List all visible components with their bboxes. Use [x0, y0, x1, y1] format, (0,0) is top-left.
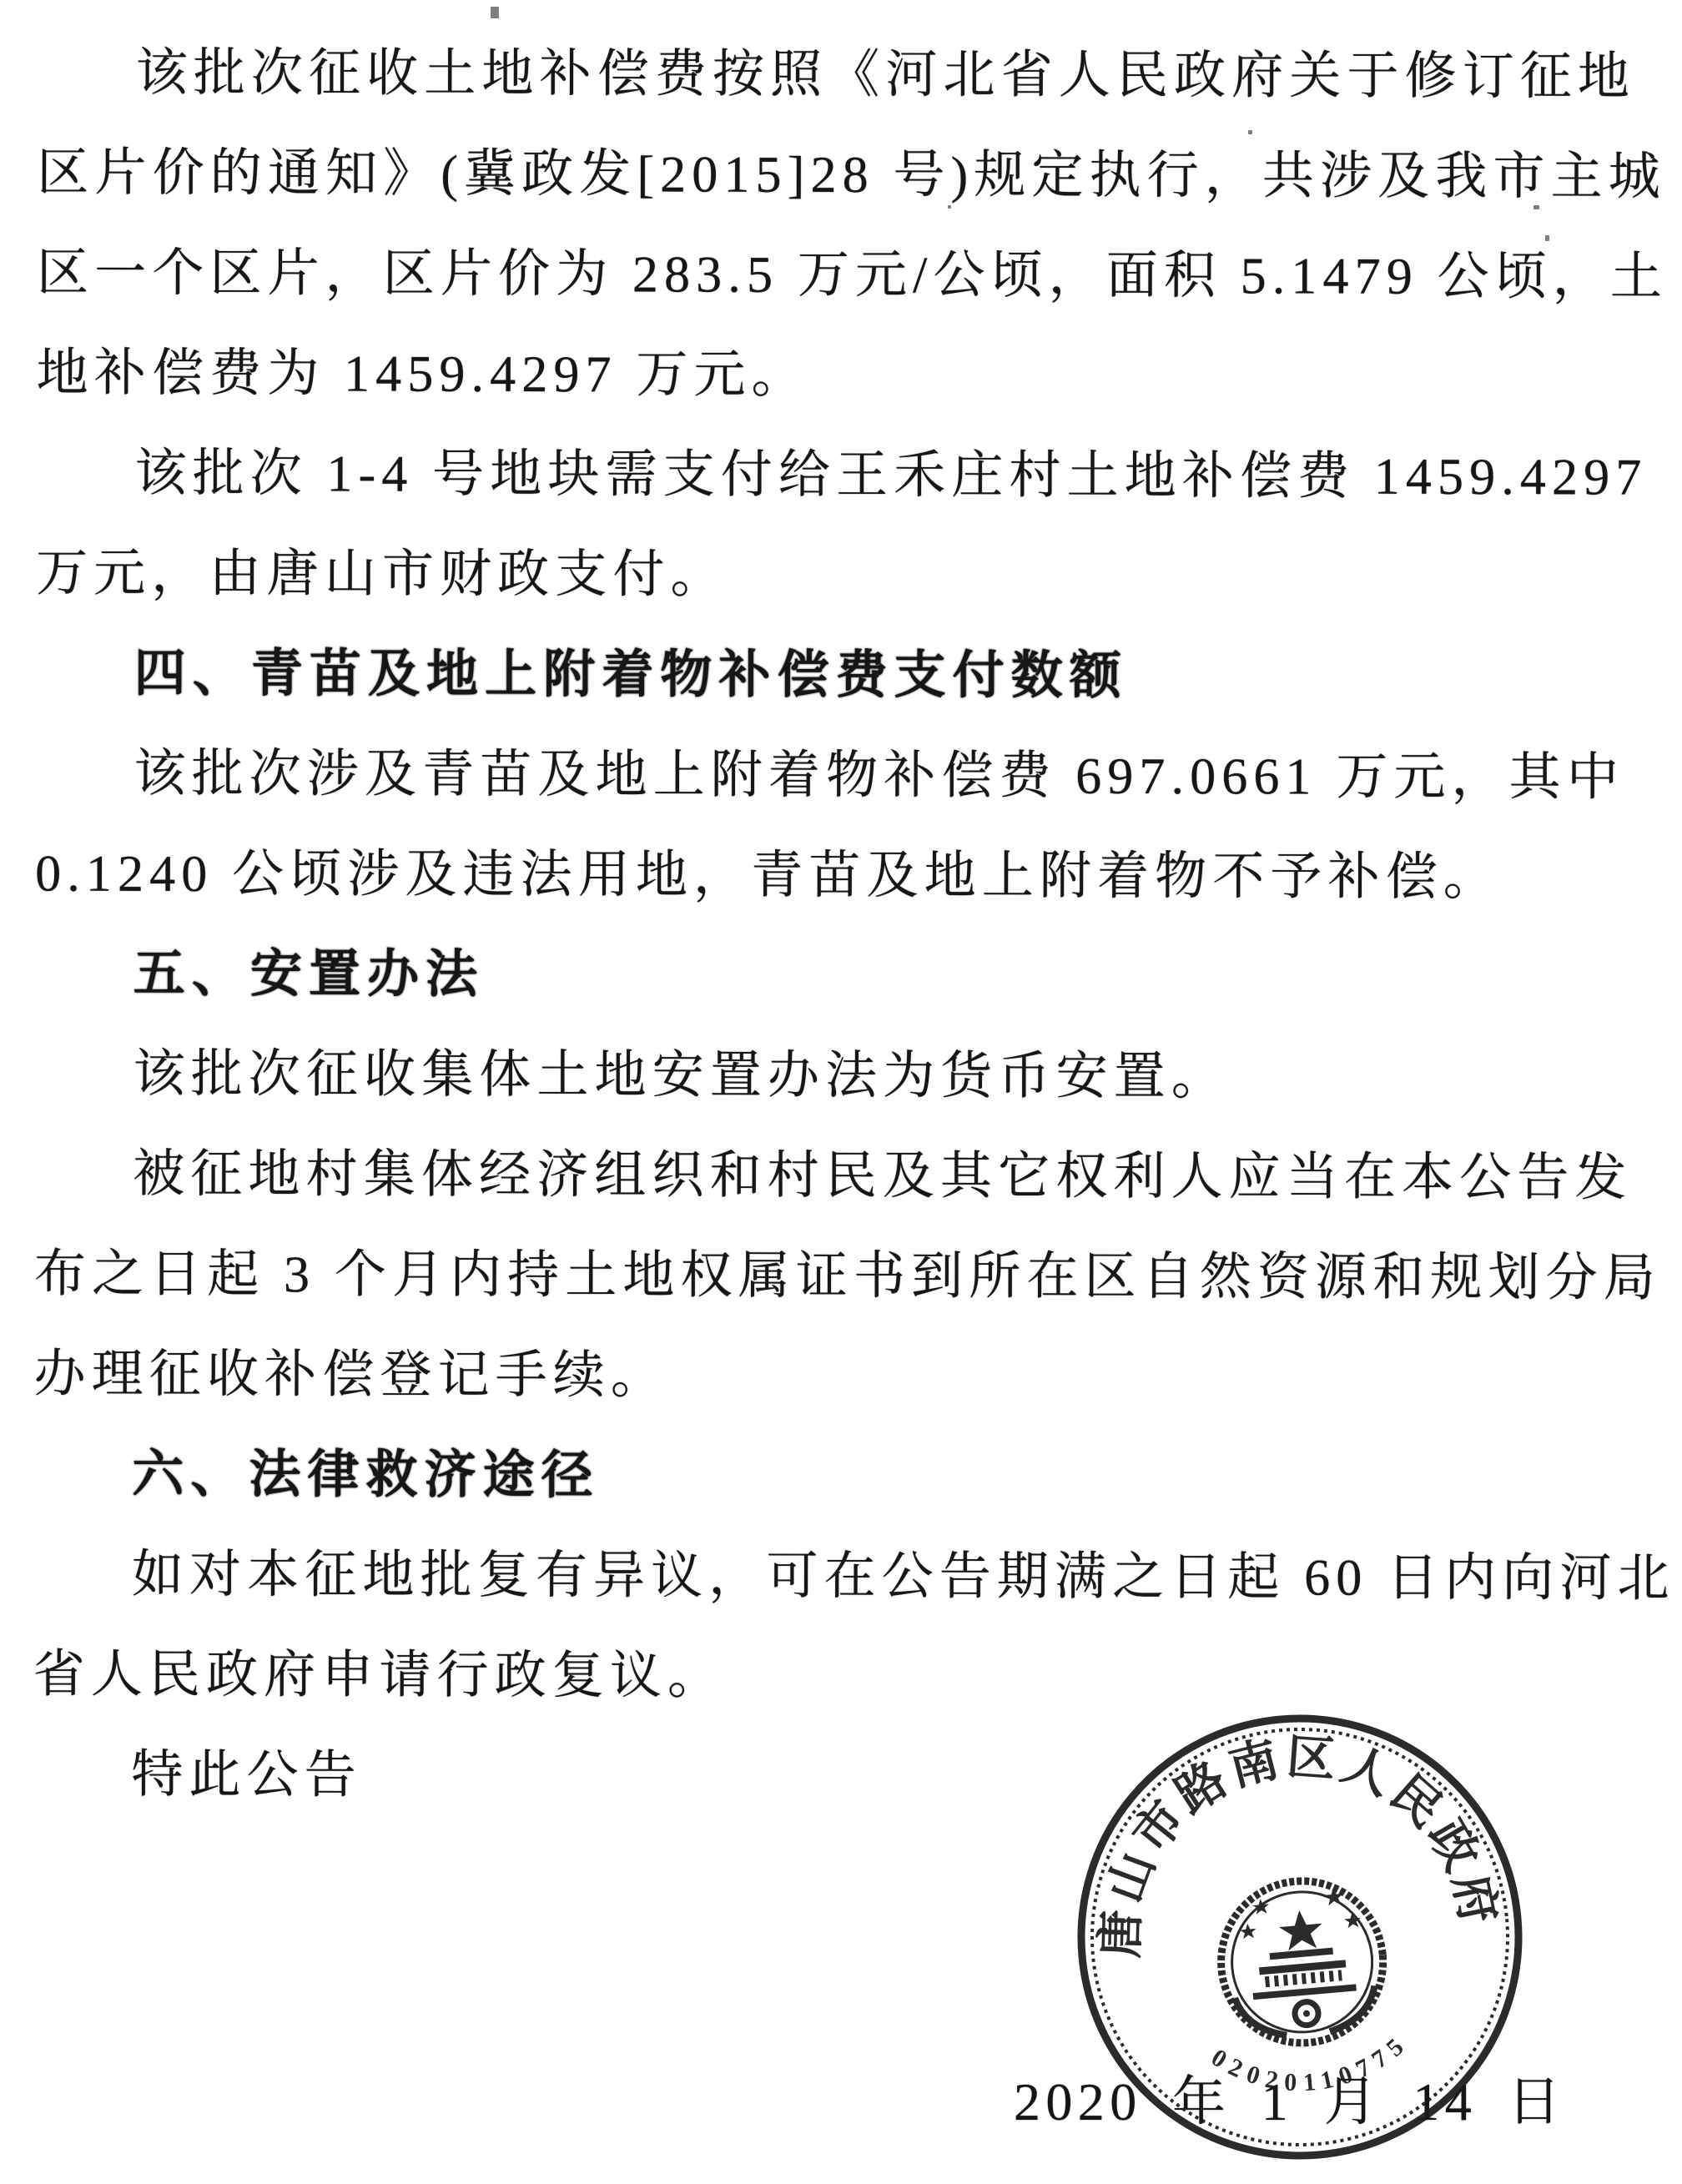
seal-authority-text: 唐山市路南区人民政府 [1075, 1712, 1508, 1964]
scan-artifact [1248, 130, 1252, 134]
text-line: 该批次征收土地补偿费按照《河北省人民政府关于修订征地 [38, 23, 1643, 127]
text-line: 被征地村集体经济组织和村民及其它权利人应当在本公告发 [34, 1124, 1639, 1228]
scanned-announcement-page: 该批次征收土地补偿费按照《河北省人民政府关于修订征地 区片价的通知》(冀政发[2… [0, 0, 1682, 2184]
text-line: 地补偿费为 1459.4297 万元。 [37, 323, 1642, 427]
text-line: 万元，由唐山市财政支付。 [36, 523, 1641, 627]
text-line: 办理征收补偿登记手续。 [33, 1324, 1639, 1428]
section-heading-4: 四、青苗及地上附着物补偿费支付数额 [36, 623, 1641, 727]
scan-artifact [1533, 205, 1539, 209]
announcement-body: 该批次征收土地补偿费按照《河北省人民政府关于修订征地 区片价的通知》(冀政发[2… [33, 23, 1643, 1829]
national-emblem-icon [1215, 1875, 1390, 2050]
text-line: 该批次涉及青苗及地上附着物补偿费 697.0661 万元，其中 [35, 723, 1640, 828]
scan-artifact [491, 7, 499, 18]
text-line: 区片价的通知》(冀政发[2015]28 号)规定执行，共涉及我市主城 [37, 123, 1642, 227]
text-line: 区一个区片，区片价为 283.5 万元/公顷，面积 5.1479 公顷，土 [37, 223, 1642, 327]
text-line: 该批次 1-4 号地块需支付给王禾庄村土地补偿费 1459.4297 [36, 423, 1641, 527]
text-line: 该批次征收集体土地安置办法为货币安置。 [34, 1024, 1639, 1128]
scan-artifact [1280, 477, 1283, 481]
text-line: 布之日起 3 个月内持土地权属证书到所在区自然资源和规划分局 [34, 1224, 1639, 1328]
seal-serial-number: 02020110775 [1205, 2027, 1418, 2106]
text-line: 0.1240 公顷涉及违法用地，青苗及地上附着物不予补偿。 [35, 823, 1640, 928]
scan-artifact [948, 205, 951, 209]
text-line: 如对本征地批复有异议，可在公告期满之日起 60 日内向河北 [33, 1524, 1639, 1628]
section-heading-5: 五、安置办法 [35, 923, 1640, 1028]
section-heading-6: 六、法律救济途径 [33, 1424, 1639, 1528]
scan-artifact [1545, 235, 1549, 241]
official-seal: 唐山市路南区人民政府 02020110775 [1066, 1703, 1533, 2171]
